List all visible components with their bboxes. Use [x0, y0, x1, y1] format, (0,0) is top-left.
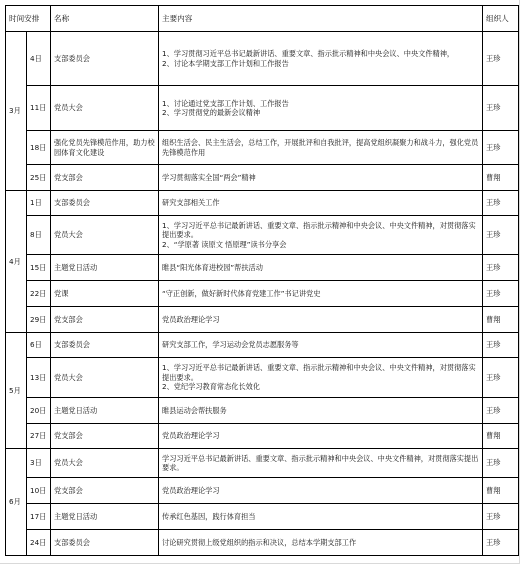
- table-row: 22日 党课 “守正创新，做好新时代体育党建工作”书记讲党史 王珍: [6, 281, 519, 307]
- day-cell: 20日: [27, 398, 51, 424]
- table-row: 11日 党员大会 1、讨论通过党支部工作计划、工作报告 2、学习贯彻党的最新会议…: [6, 86, 519, 131]
- organizer-cell: 曹翔: [483, 165, 519, 191]
- day-cell: 3日: [27, 449, 51, 478]
- day-cell: 15日: [27, 255, 51, 281]
- header-row: 时间安排 名称 主要内容 组织人: [6, 6, 519, 32]
- day-cell: 18日: [27, 131, 51, 165]
- organizer-cell: 王珍: [483, 86, 519, 131]
- name-cell: 党课: [51, 281, 159, 307]
- day-cell: 24日: [27, 530, 51, 556]
- name-cell: 强化党员先锋模范作用，助力校园体育文化建设: [51, 131, 159, 165]
- name-cell: 党员大会: [51, 449, 159, 478]
- organizer-cell: 王珍: [483, 32, 519, 86]
- day-cell: 22日: [27, 281, 51, 307]
- header-organizer: 组织人: [483, 6, 519, 32]
- header-time: 时间安排: [6, 6, 51, 32]
- name-cell: 党员大会: [51, 358, 159, 398]
- header-content: 主要内容: [159, 6, 483, 32]
- table-row: 3月 4日 支部委员会 1、学习贯彻习近平总书记最新讲话、重要文章、指示批示精神…: [6, 32, 519, 86]
- name-cell: 党支部会: [51, 478, 159, 504]
- table-row: 27日 党支部会 党员政治理论学习 曹翔: [6, 424, 519, 449]
- table-row: 17日 主题党日活动 传承红色基因，践行体育担当 王珍: [6, 504, 519, 530]
- month-cell: 4月: [6, 191, 27, 333]
- name-cell: 支部委员会: [51, 32, 159, 86]
- content-cell: 睢县“阳光体育进校园”帮扶活动: [159, 255, 483, 281]
- name-cell: 党支部会: [51, 424, 159, 449]
- organizer-cell: 王珍: [483, 131, 519, 165]
- day-cell: 10日: [27, 478, 51, 504]
- organizer-cell: 王珍: [483, 449, 519, 478]
- day-cell: 4日: [27, 32, 51, 86]
- table-row: 15日 主题党日活动 睢县“阳光体育进校园”帮扶活动 王珍: [6, 255, 519, 281]
- organizer-cell: 王珍: [483, 281, 519, 307]
- name-cell: 主题党日活动: [51, 398, 159, 424]
- name-cell: 支部委员会: [51, 333, 159, 358]
- name-cell: 党支部会: [51, 165, 159, 191]
- activity-plan-table: 时间安排 名称 主要内容 组织人 3月 4日 支部委员会 1、学习贯彻习近平总书…: [5, 5, 519, 556]
- name-cell: 党员大会: [51, 86, 159, 131]
- day-cell: 29日: [27, 307, 51, 333]
- content-cell: 1、学习贯彻习近平总书记最新讲话、重要文章、指示批示精神和中央会议、中央文件精神…: [159, 32, 483, 86]
- content-cell: 学习习近平总书记最新讲话、重要文章、指示批示精神和中央会议、中央文件精神，对贯彻…: [159, 449, 483, 478]
- content-cell: 组织生活会、民主生活会，总结工作，开展批评和自我批评，提高党组织凝聚力和战斗力，…: [159, 131, 483, 165]
- spreadsheet-sheet: 时间安排 名称 主要内容 组织人 3月 4日 支部委员会 1、学习贯彻习近平总书…: [0, 0, 520, 564]
- organizer-cell: 曹翔: [483, 424, 519, 449]
- day-cell: 1日: [27, 191, 51, 216]
- header-name: 名称: [51, 6, 159, 32]
- day-cell: 11日: [27, 86, 51, 131]
- name-cell: 主题党日活动: [51, 504, 159, 530]
- day-cell: 6日: [27, 333, 51, 358]
- name-cell: 支部委员会: [51, 530, 159, 556]
- table-row: 24日 支部委员会 讨论研究贯彻上级党组织的指示和决议，总结本学期支部工作 王珍: [6, 530, 519, 556]
- content-cell: 睢县运动会帮扶服务: [159, 398, 483, 424]
- day-cell: 17日: [27, 504, 51, 530]
- table-row: 10日 党支部会 党员政治理论学习 曹翔: [6, 478, 519, 504]
- day-cell: 8日: [27, 216, 51, 255]
- day-cell: 27日: [27, 424, 51, 449]
- month-cell: 3月: [6, 32, 27, 191]
- content-cell: “守正创新，做好新时代体育党建工作”书记讲党史: [159, 281, 483, 307]
- table-row: 6月 3日 党员大会 学习习近平总书记最新讲话、重要文章、指示批示精神和中央会议…: [6, 449, 519, 478]
- organizer-cell: 曹翔: [483, 478, 519, 504]
- month-cell: 5月: [6, 333, 27, 449]
- table-row: 8日 党员大会 1、学习习近平总书记最新讲话、重要文章、指示批示精神和中央会议、…: [6, 216, 519, 255]
- organizer-cell: 王珍: [483, 398, 519, 424]
- content-cell: 1、讨论通过党支部工作计划、工作报告 2、学习贯彻党的最新会议精神: [159, 86, 483, 131]
- day-cell: 25日: [27, 165, 51, 191]
- content-cell: 研究支部相关工作: [159, 191, 483, 216]
- month-cell: 6月: [6, 449, 27, 556]
- table-row: 4月 1日 支部委员会 研究支部相关工作 王珍: [6, 191, 519, 216]
- day-cell: 13日: [27, 358, 51, 398]
- organizer-cell: 王珍: [483, 358, 519, 398]
- organizer-cell: 王珍: [483, 504, 519, 530]
- content-cell: 学习贯彻落实全国“两会”精神: [159, 165, 483, 191]
- table-row: 29日 党支部会 党员政治理论学习 曹翔: [6, 307, 519, 333]
- organizer-cell: 王珍: [483, 216, 519, 255]
- organizer-cell: 王珍: [483, 530, 519, 556]
- organizer-cell: 曹翔: [483, 307, 519, 333]
- name-cell: 主题党日活动: [51, 255, 159, 281]
- name-cell: 支部委员会: [51, 191, 159, 216]
- organizer-cell: 王珍: [483, 333, 519, 358]
- table-row: 20日 主题党日活动 睢县运动会帮扶服务 王珍: [6, 398, 519, 424]
- organizer-cell: 王珍: [483, 255, 519, 281]
- organizer-cell: 王珍: [483, 191, 519, 216]
- content-cell: 党员政治理论学习: [159, 424, 483, 449]
- content-cell: 讨论研究贯彻上级党组织的指示和决议，总结本学期支部工作: [159, 530, 483, 556]
- name-cell: 党员大会: [51, 216, 159, 255]
- content-cell: 1、学习习近平总书记最新讲话、重要文章、指示批示精神和中央会议、中央文件精神，对…: [159, 358, 483, 398]
- table-row: 5月 6日 支部委员会 研究支部工作，学习运动会党员志愿服务等 王珍: [6, 333, 519, 358]
- content-cell: 党员政治理论学习: [159, 478, 483, 504]
- content-cell: 传承红色基因，践行体育担当: [159, 504, 483, 530]
- content-cell: 党员政治理论学习: [159, 307, 483, 333]
- content-cell: 研究支部工作，学习运动会党员志愿服务等: [159, 333, 483, 358]
- table-row: 25日 党支部会 学习贯彻落实全国“两会”精神 曹翔: [6, 165, 519, 191]
- name-cell: 党支部会: [51, 307, 159, 333]
- table-row: 13日 党员大会 1、学习习近平总书记最新讲话、重要文章、指示批示精神和中央会议…: [6, 358, 519, 398]
- content-cell: 1、学习习近平总书记最新讲话、重要文章、指示批示精神和中央会议、中央文件精神，对…: [159, 216, 483, 255]
- table-row: 18日 强化党员先锋模范作用，助力校园体育文化建设 组织生活会、民主生活会，总结…: [6, 131, 519, 165]
